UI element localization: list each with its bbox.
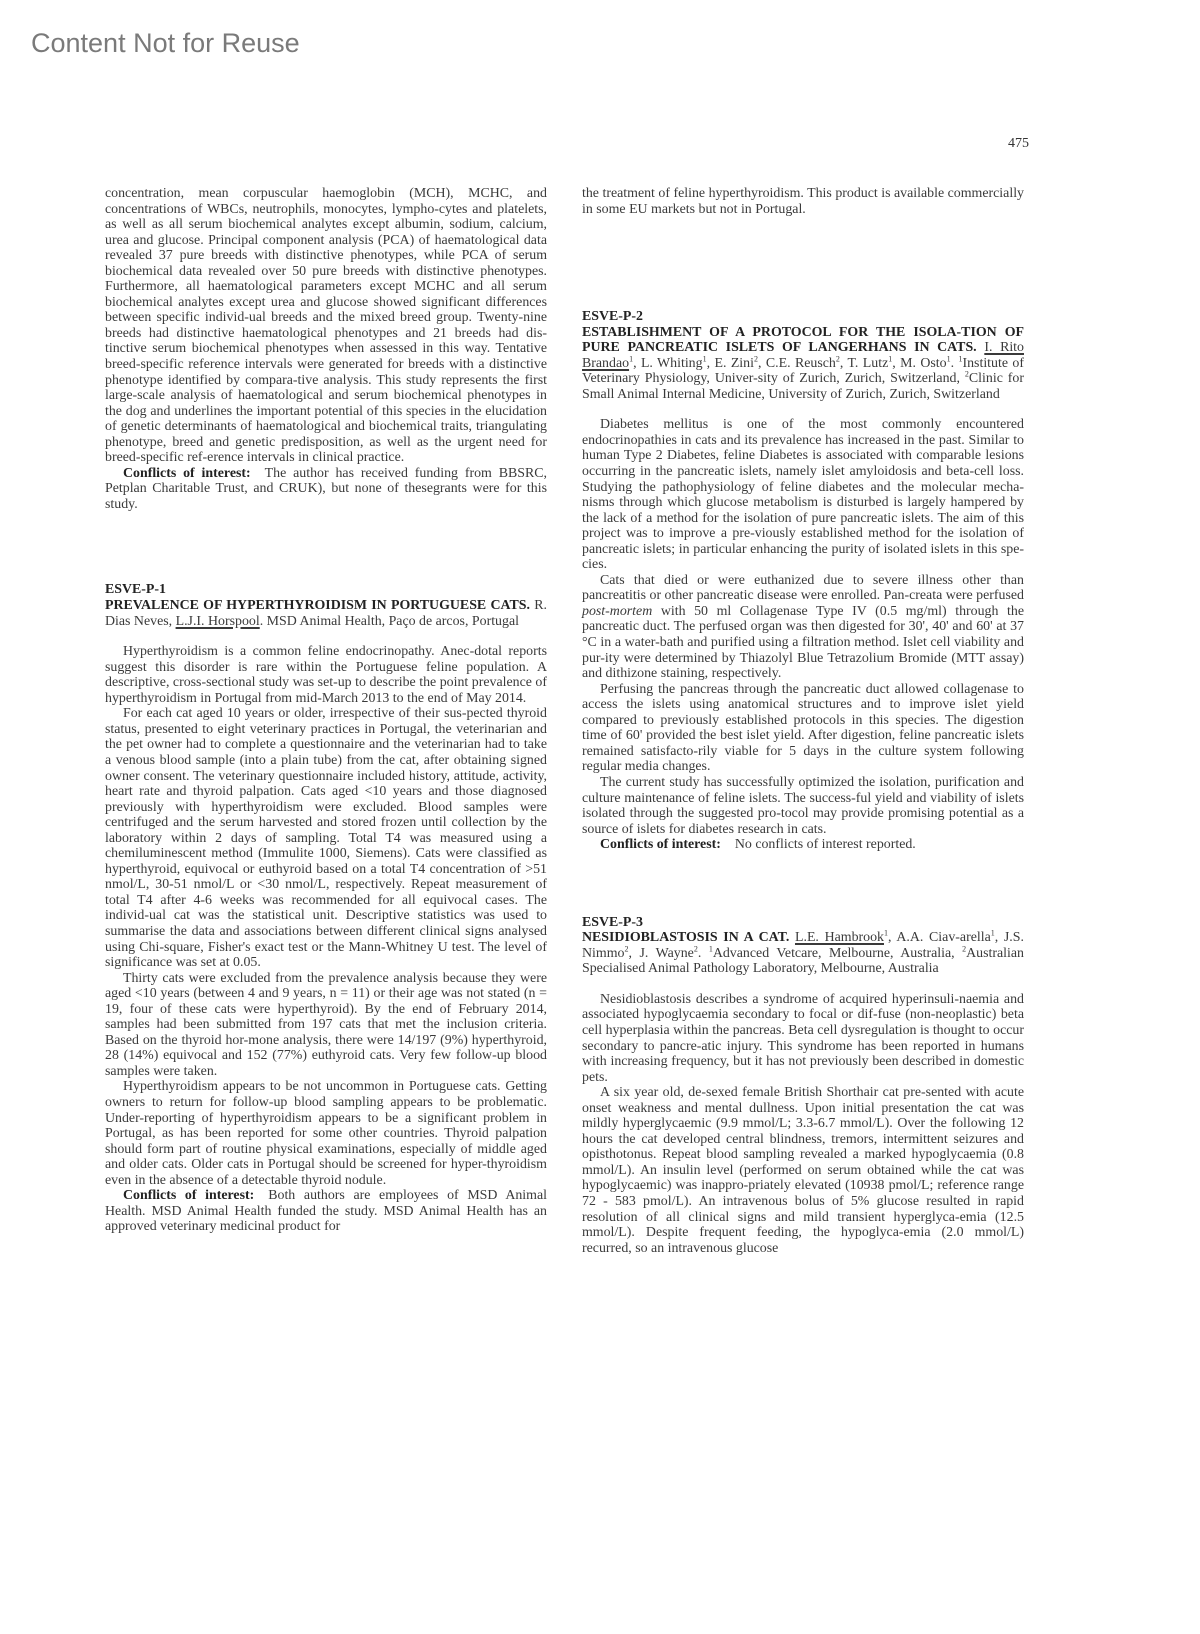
page-number: 475 (1008, 136, 1029, 152)
abstract-header: ESTABLISHMENT OF A PROTOCOL FOR THE ISOL… (582, 325, 1024, 403)
abstract-title: NESIDIOBLASTOSIS IN A CAT. (582, 930, 789, 945)
conflicts-of-interest: Conflicts of interest:No conflicts of in… (582, 837, 1024, 853)
abstract-paragraph: Thirty cats were excluded from the preva… (105, 971, 547, 1080)
paragraph-text: Cats that died or were euthanized due to… (582, 573, 1024, 604)
abstract-paragraph: Nesidioblastosis describes a syndrome of… (582, 992, 1024, 1085)
continuation-paragraph: the treatment of feline hyperthyroidism.… (582, 186, 1024, 217)
watermark: Content Not for Reuse (31, 28, 300, 59)
abstract-paragraph: Diabetes mellitus is one of the most com… (582, 417, 1024, 572)
abstract-paragraph: Cats that died or were euthanized due to… (582, 573, 1024, 682)
conflicts-of-interest: Conflicts of interest:The author has rec… (105, 466, 547, 513)
abstract-paragraph: A six year old, de-sexed female British … (582, 1085, 1024, 1256)
author: , M. Osto (892, 356, 946, 371)
presenting-author: L.E. Hambrook (795, 930, 884, 945)
conflicts-of-interest: Conflicts of interest:Both authors are e… (105, 1188, 547, 1235)
abstract-paragraph: Perfusing the pancreas through the pancr… (582, 682, 1024, 775)
coi-label: Conflicts of interest: (600, 837, 721, 852)
abstract-id: ESVE-P-2 (582, 309, 1024, 325)
abstract-paragraph: For each cat aged 10 years or older, irr… (105, 706, 547, 970)
author: , E. Zini (707, 356, 754, 371)
italic-term: post-mortem (582, 604, 652, 619)
abstract-header: NESIDIOBLASTOSIS IN A CAT. L.E. Hambrook… (582, 930, 1024, 977)
presenting-author: L.J.I. Horspool (176, 614, 260, 629)
abstract-header: PREVALENCE OF HYPERTHYROIDISM IN PORTUGU… (105, 598, 547, 629)
abstract-paragraph: Hyperthyroidism is a common feline endoc… (105, 644, 547, 706)
continuation-paragraph: concentration, mean corpuscular haemoglo… (105, 186, 547, 466)
coi-text: No conflicts of interest reported. (735, 837, 916, 852)
abstract-paragraph: Hyperthyroidism appears to be not uncomm… (105, 1079, 547, 1188)
affiliation: . MSD Animal Health, Paço de arcos, Port… (260, 614, 519, 629)
right-column: the treatment of feline hyperthyroidism.… (582, 186, 1024, 1256)
abstract-esve-p-2: ESVE-P-2 ESTABLISHMENT OF A PROTOCOL FOR… (582, 309, 1024, 853)
coi-label: Conflicts of interest: (123, 1188, 254, 1203)
author-sup: 2 (694, 944, 698, 953)
abstract-esve-p-3: ESVE-P-3 NESIDIOBLASTOSIS IN A CAT. L.E.… (582, 915, 1024, 1256)
coi-label: Conflicts of interest: (123, 466, 251, 481)
abstract-title: PREVALENCE OF HYPERTHYROIDISM IN PORTUGU… (105, 598, 530, 613)
author-sup: 1 (947, 354, 951, 363)
author: , C.E. Reusch (758, 356, 836, 371)
author: , L. Whiting (633, 356, 703, 371)
author: , T. Lutz (840, 356, 888, 371)
abstract-id: ESVE-P-3 (582, 915, 1024, 931)
abstract-esve-p-1: ESVE-P-1 PREVALENCE OF HYPERTHYROIDISM I… (105, 582, 547, 1234)
author: , J. Wayne (628, 946, 693, 961)
abstract-title: ESTABLISHMENT OF A PROTOCOL FOR THE ISOL… (582, 325, 1024, 356)
affiliation: Advanced Vetcare, Melbourne, Australia, (713, 946, 962, 961)
abstract-id: ESVE-P-1 (105, 582, 547, 598)
author: , A.A. Ciav-arella (888, 930, 991, 945)
left-column: concentration, mean corpuscular haemoglo… (105, 186, 547, 1235)
abstract-paragraph: The current study has successfully optim… (582, 775, 1024, 837)
